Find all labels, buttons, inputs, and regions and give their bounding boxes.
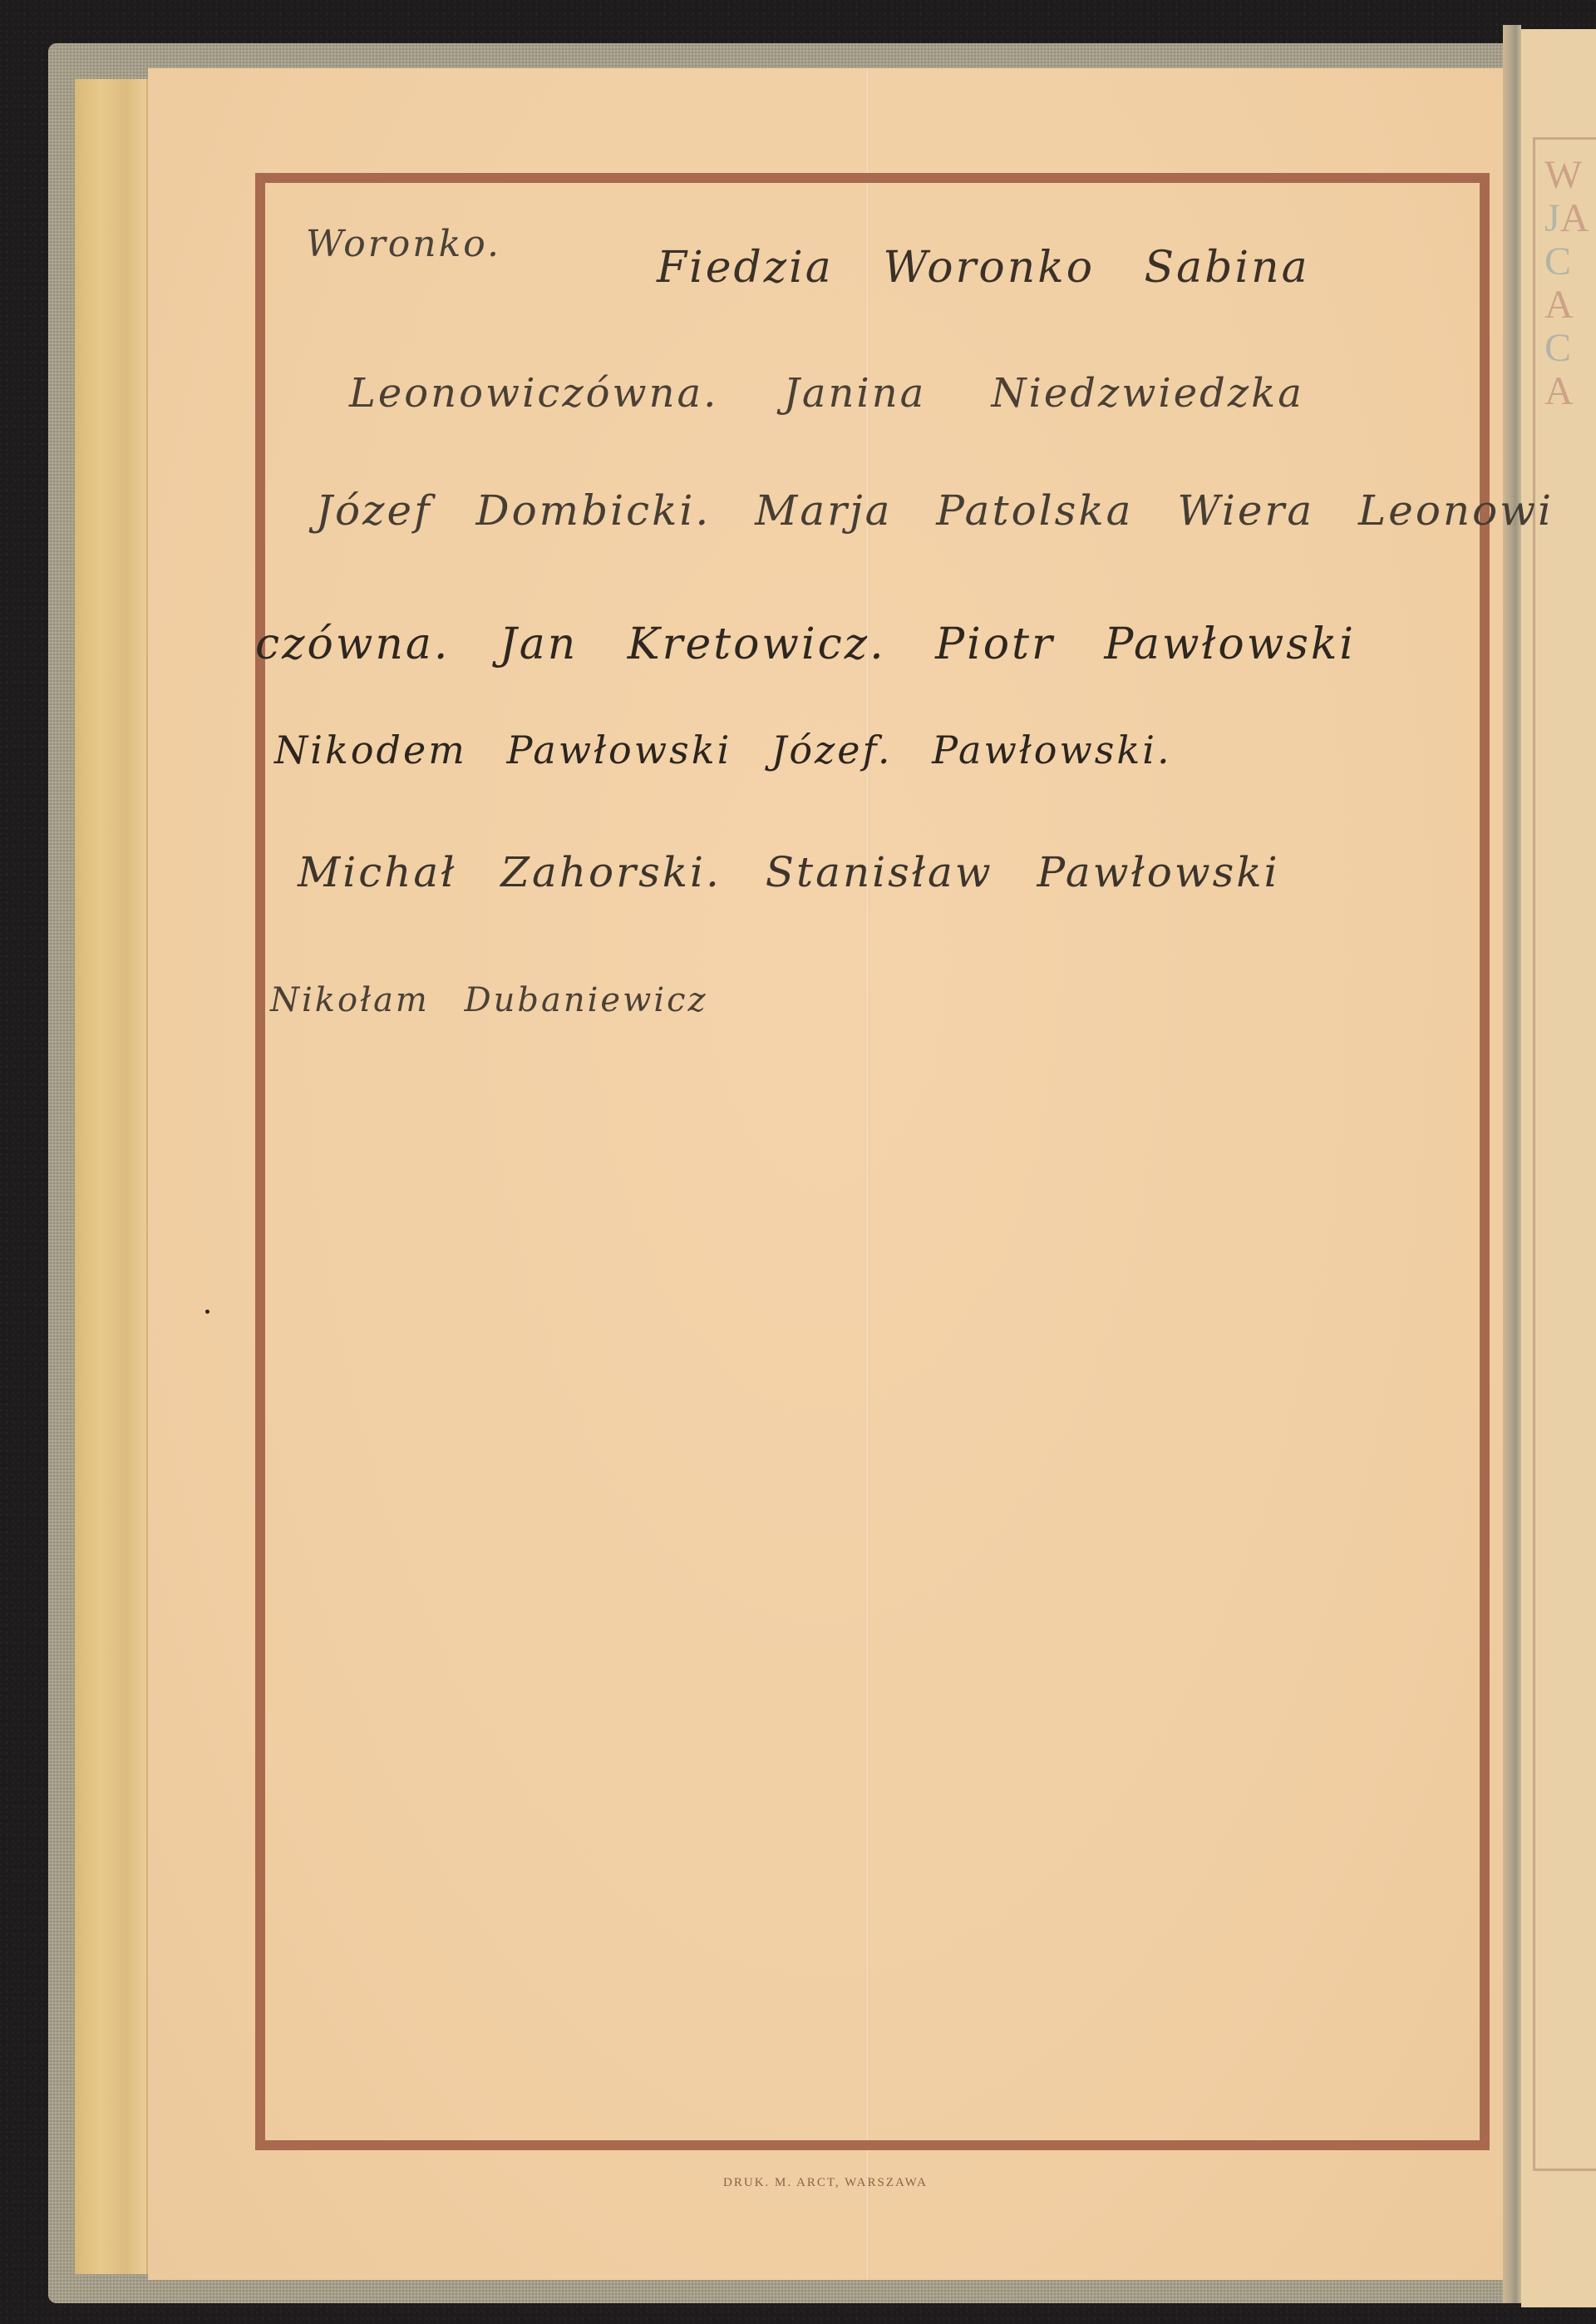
adjacent-page-edge: WJACACA [1521,29,1596,2307]
page-edges [75,79,148,2274]
book-gutter [1503,25,1521,2303]
imprint-container: DRUK. M. ARCT, WARSZAWA [148,0,1503,2324]
printer-imprint: DRUK. M. ARCT, WARSZAWA [148,2176,1503,2190]
adjacent-page-frame [1533,137,1596,2171]
adjacent-page-decorative-letters: WJACACA [1544,154,1594,413]
